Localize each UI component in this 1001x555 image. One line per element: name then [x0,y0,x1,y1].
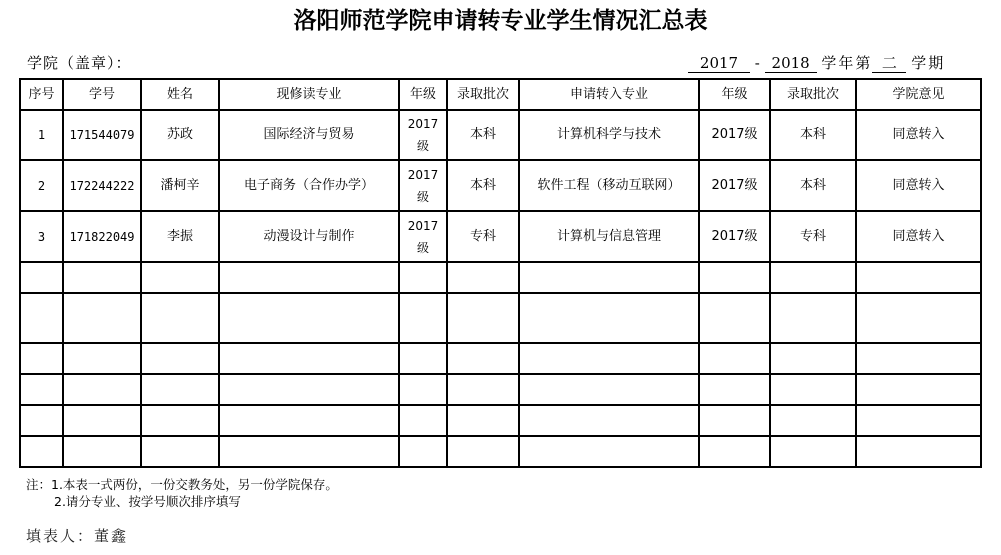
empty-row [20,343,981,374]
cell-target-grade: 2017级 [699,110,770,160]
header-grade: 年级 [399,79,447,110]
header-opinion: 学院意见 [856,79,981,110]
grade-unit: 级 [400,135,446,157]
grade-year: 2017 [400,215,446,237]
grade-unit: 级 [400,237,446,259]
empty-row [20,293,981,343]
cell-student-id: 171544079 [63,110,141,160]
table-header-row: 序号 学号 姓名 现修读专业 年级 录取批次 申请转入专业 年级 录取批次 学院… [20,79,981,110]
cell-seq: 3 [20,211,63,262]
term-semester: 二 [872,54,906,73]
cell-target-batch: 专科 [770,211,856,262]
cell-opinion: 同意转入 [856,160,981,211]
cell-current-major: 电子商务（合作办学） [219,160,399,211]
document-title: 洛阳师范学院申请转专业学生情况汇总表 [0,2,1001,35]
note-line-1: 注：1.本表一式两份，一份交教务处，另一份学院保存。 [26,476,338,493]
filler-label: 填表人： [26,527,94,545]
empty-row [20,405,981,436]
cell-student-id: 171822049 [63,211,141,262]
header-name: 姓名 [141,79,219,110]
cell-batch: 专科 [447,211,519,262]
cell-opinion: 同意转入 [856,211,981,262]
header-current-major: 现修读专业 [219,79,399,110]
note-line-2: 2.请分专业、按学号顺次排序填写 [26,493,338,510]
cell-current-major: 动漫设计与制作 [219,211,399,262]
term-semester-suffix: 学期 [911,54,945,72]
cell-name: 潘柯辛 [141,160,219,211]
term-separator: - [755,54,760,72]
header-target-grade: 年级 [699,79,770,110]
term-year-suffix: 学年第 [821,54,872,72]
header-batch: 录取批次 [447,79,519,110]
notes: 注：1.本表一式两份，一份交教务处，另一份学院保存。 2.请分专业、按学号顺次排… [26,476,338,510]
academic-term: 2017 - 2018 学年第二 学期 [688,52,945,73]
header-student-id: 学号 [63,79,141,110]
cell-opinion: 同意转入 [856,110,981,160]
cell-grade: 2017级 [399,211,447,262]
cell-student-id: 172244222 [63,160,141,211]
term-start-year: 2017 [688,54,750,73]
cell-seq: 1 [20,110,63,160]
cell-name: 李振 [141,211,219,262]
cell-target-major: 软件工程（移动互联网） [519,160,699,211]
table-row: 2 172244222 潘柯辛 电子商务（合作办学） 2017级 本科 软件工程… [20,160,981,211]
college-stamp-label: 学院（盖章）： [27,52,132,73]
empty-row [20,436,981,467]
header-target-batch: 录取批次 [770,79,856,110]
filler-name: 董鑫 [94,527,128,545]
header-seq: 序号 [20,79,63,110]
grade-year: 2017 [400,164,446,186]
cell-batch: 本科 [447,160,519,211]
cell-current-major: 国际经济与贸易 [219,110,399,160]
empty-row [20,262,981,293]
grade-year: 2017 [400,113,446,135]
form-filler: 填表人：董鑫 [26,525,128,546]
header-target-major: 申请转入专业 [519,79,699,110]
grade-unit: 级 [400,186,446,208]
table-row: 3 171822049 李振 动漫设计与制作 2017级 专科 计算机与信息管理… [20,211,981,262]
cell-name: 苏政 [141,110,219,160]
cell-target-batch: 本科 [770,110,856,160]
cell-target-grade: 2017级 [699,160,770,211]
cell-seq: 2 [20,160,63,211]
cell-batch: 本科 [447,110,519,160]
term-end-year: 2018 [765,54,817,73]
cell-grade: 2017级 [399,110,447,160]
cell-grade: 2017级 [399,160,447,211]
cell-target-major: 计算机科学与技术 [519,110,699,160]
cell-target-grade: 2017级 [699,211,770,262]
empty-row [20,374,981,405]
cell-target-batch: 本科 [770,160,856,211]
table-row: 1 171544079 苏政 国际经济与贸易 2017级 本科 计算机科学与技术… [20,110,981,160]
cell-target-major: 计算机与信息管理 [519,211,699,262]
transfer-summary-table: 序号 学号 姓名 现修读专业 年级 录取批次 申请转入专业 年级 录取批次 学院… [19,78,982,468]
